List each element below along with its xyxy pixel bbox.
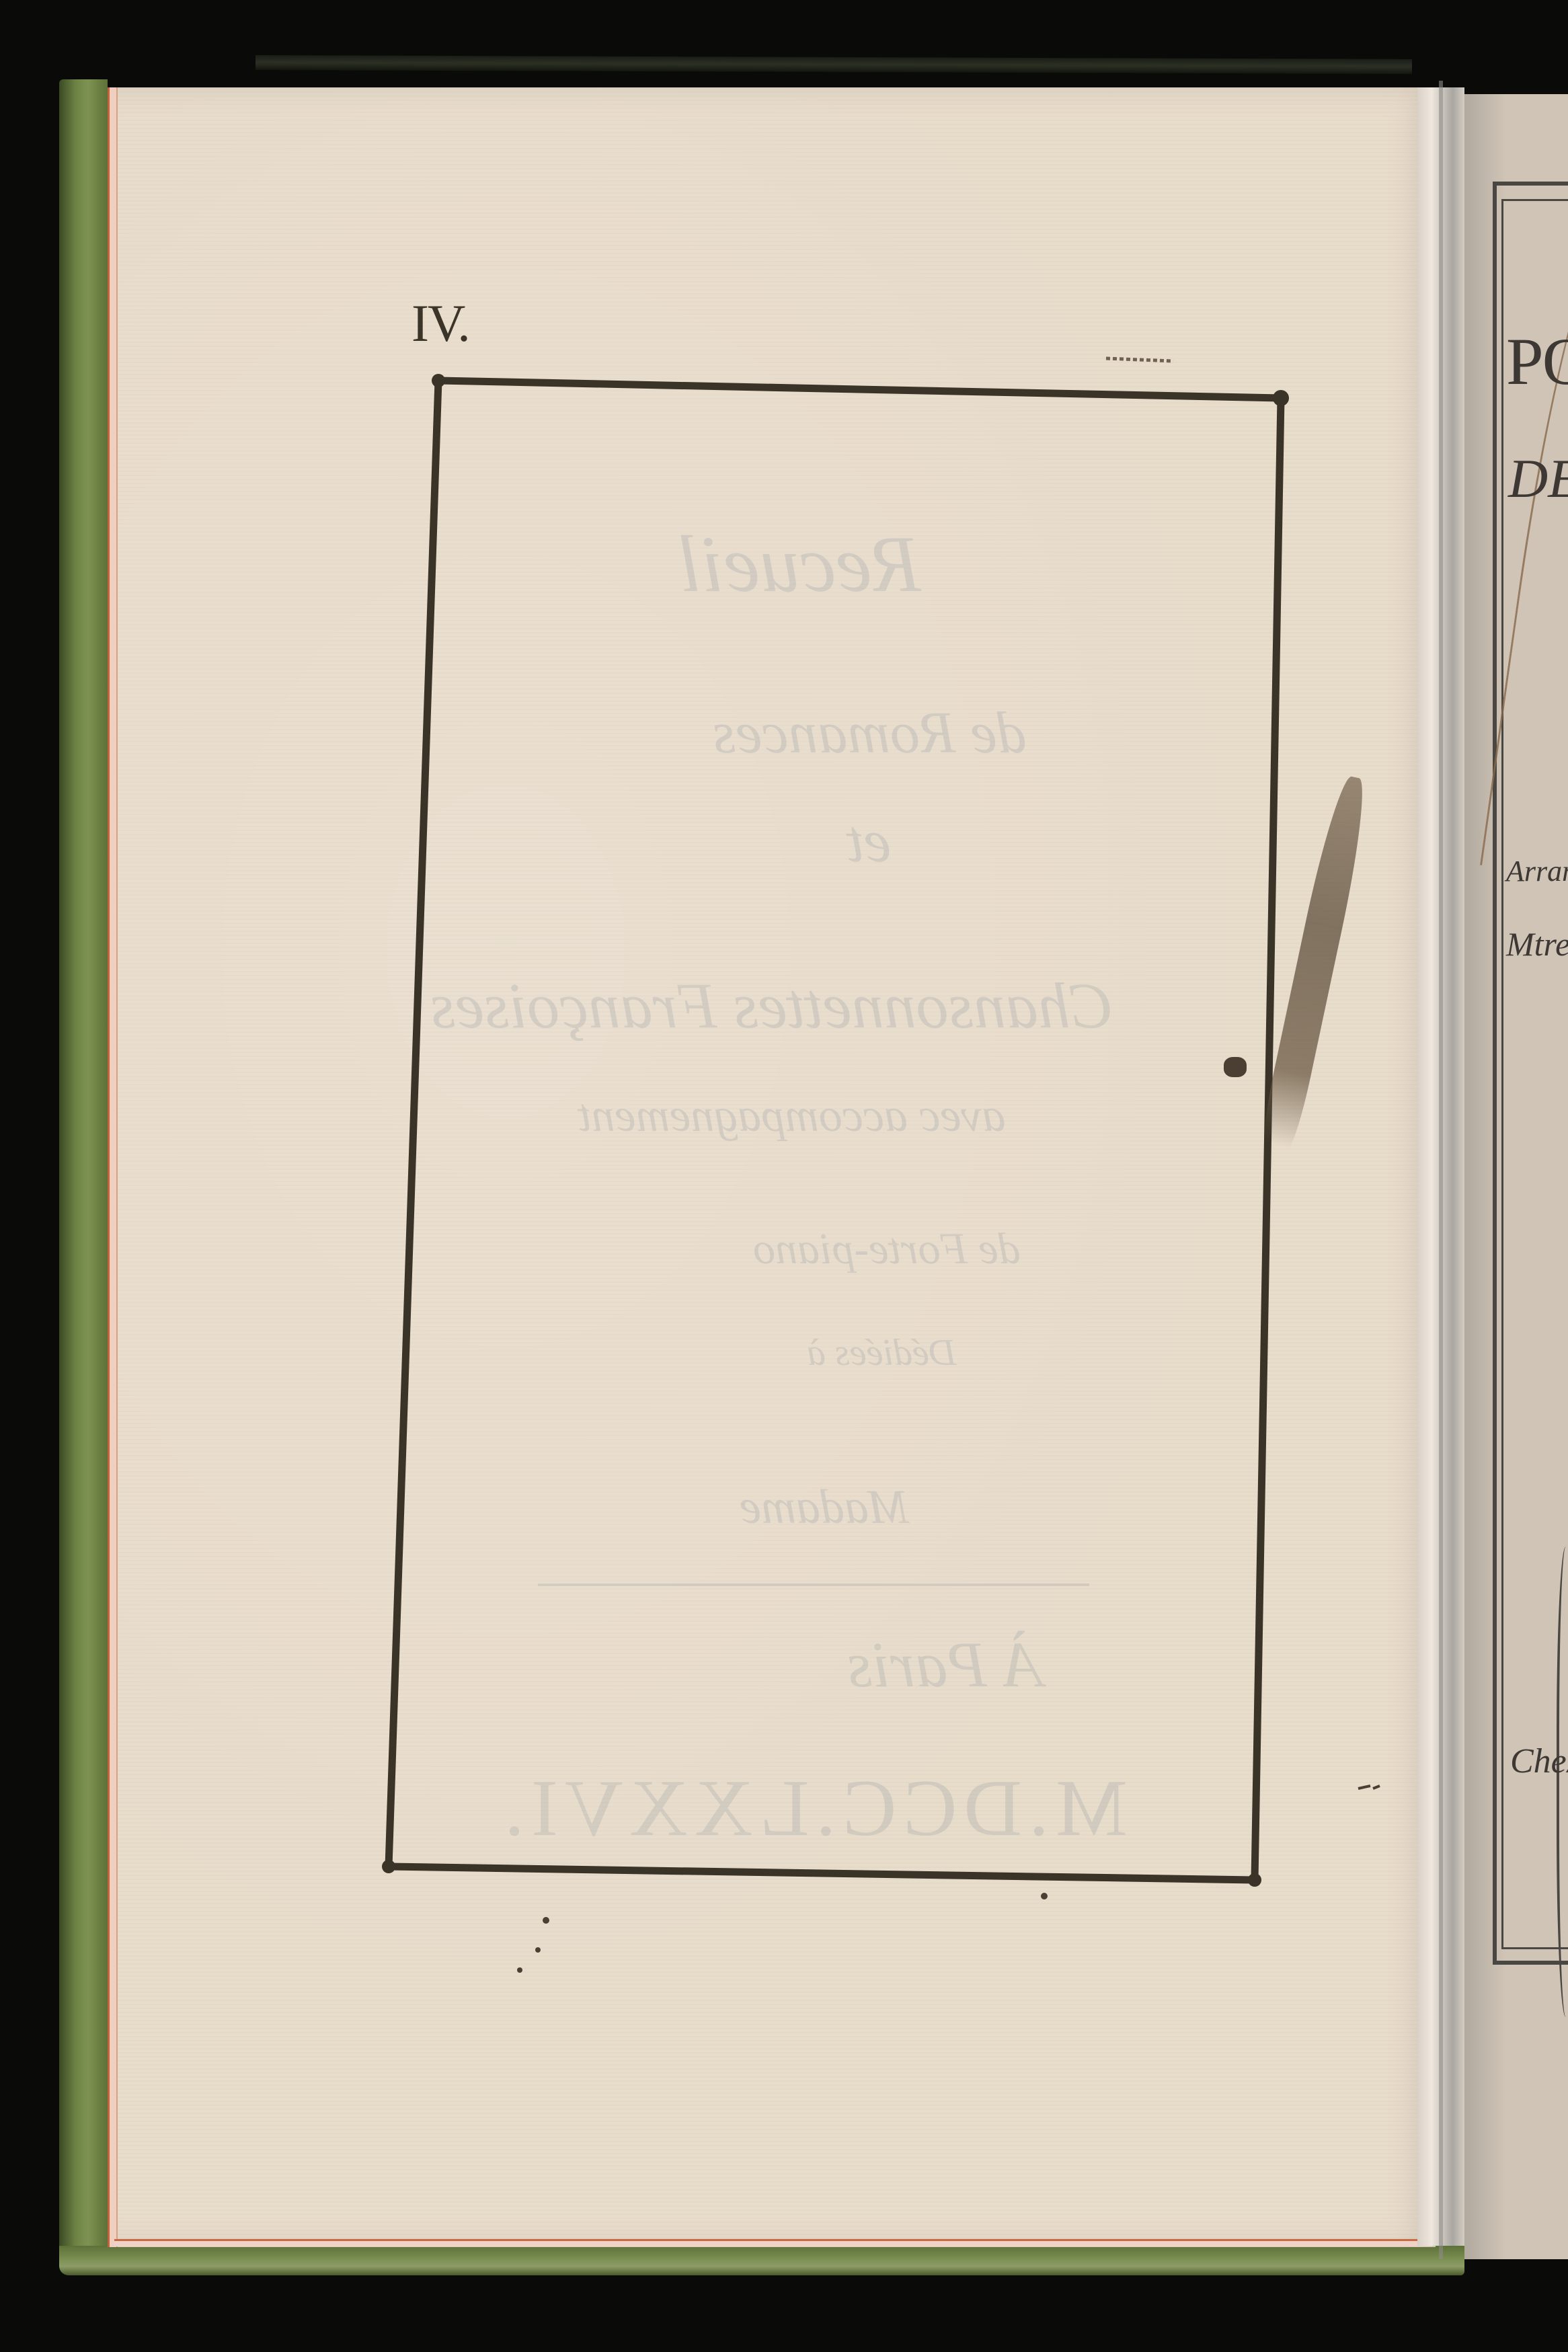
ghost-text: Recueil [679, 518, 921, 611]
gutter-fold-line [1439, 81, 1443, 2259]
brace-mark [1557, 1546, 1568, 2017]
ghost-text: de Forte-piano [753, 1224, 1021, 1275]
green-cloth-cover-bottom [59, 2246, 1464, 2275]
red-page-edge-left [108, 87, 118, 2247]
facing-line-fragment: DE C [1508, 447, 1568, 510]
ghost-text: Dédiées à [807, 1331, 956, 1374]
green-cloth-cover-left [59, 79, 108, 2271]
facing-title-fragment: POT [1506, 323, 1568, 400]
ghost-text: et [847, 807, 891, 876]
facing-line-fragment: Arran [1506, 854, 1568, 888]
facing-line-fragment: Chez [1510, 1741, 1568, 1781]
facing-line-fragment: Mtre d [1506, 925, 1568, 964]
ink-blot [1224, 1057, 1247, 1077]
ghost-text: M.DCC.LXXVI. [498, 1762, 1128, 1854]
ghost-rule [538, 1583, 1089, 1586]
ghost-text: À Paris [847, 1627, 1043, 1702]
ghost-text: de Romances [713, 699, 1027, 767]
ghost-text: Chansonnettes Françoises [430, 968, 1113, 1043]
left-page [108, 87, 1436, 2247]
ghost-text: avec accompagnement [578, 1089, 1006, 1143]
red-page-edge-bottom [114, 2239, 1432, 2246]
ghost-text: Madame [740, 1479, 909, 1535]
plate-number: IV. [411, 293, 469, 354]
